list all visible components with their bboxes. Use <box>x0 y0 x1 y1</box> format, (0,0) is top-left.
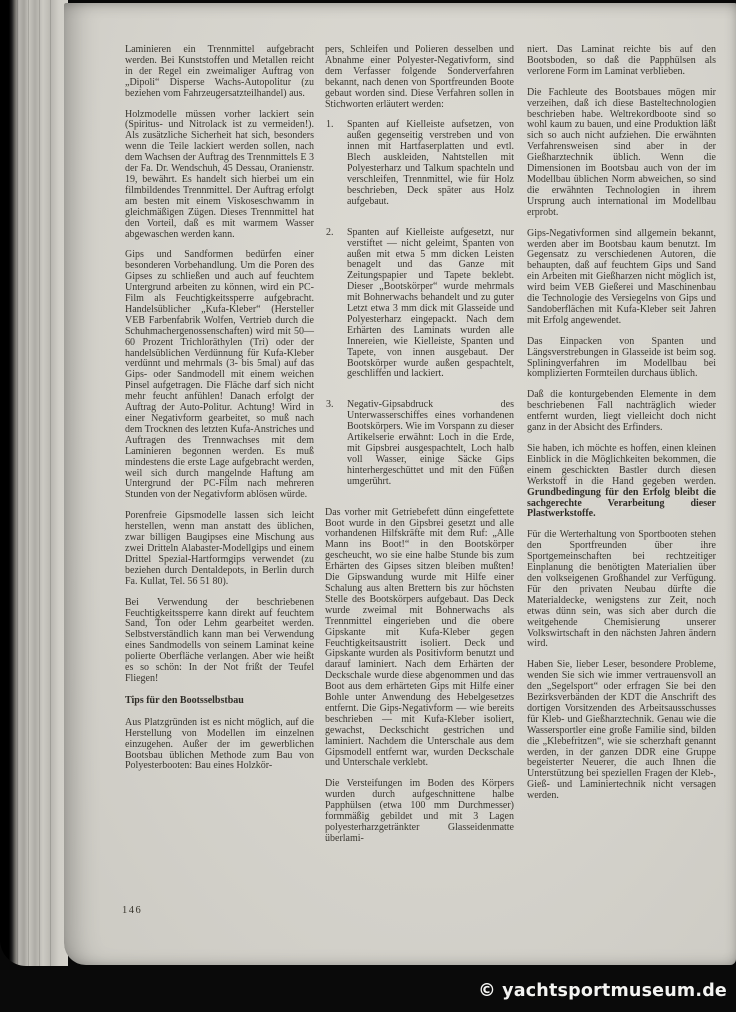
book-spine-page-edges <box>0 0 68 966</box>
paragraph: Aus Platzgründen ist es nicht möglich, a… <box>125 718 314 773</box>
scanned-book-page: Laminieren ein Trennmittel aufgebracht w… <box>0 0 736 1012</box>
list-item-text: Spanten auf Kielleiste aufsetzen, von au… <box>347 120 514 207</box>
paragraph: Bei Verwendung der beschriebenen Feuchti… <box>125 598 314 685</box>
list-number: 3. <box>325 400 347 497</box>
list-number: 1. <box>325 120 347 217</box>
text-column-middle: pers, Schleifen und Polieren desselben u… <box>325 45 514 855</box>
paragraph: Laminieren ein Trennmittel aufgebracht w… <box>125 45 314 100</box>
paragraph: Gips-Negativformen sind allgemein bekann… <box>527 229 716 327</box>
paragraph: Daß die konturgebenden Elemente in dem b… <box>527 390 716 434</box>
paragraph: Das vorher mit Getriebefett dünn eingefe… <box>325 508 514 770</box>
paragraph: Holzmodelle müssen vorher lackiert sein … <box>125 110 314 241</box>
paragraph: niert. Das Laminat reichte bis auf den B… <box>527 45 716 78</box>
paragraph: Gips und Sandformen bedürfen einer beson… <box>125 250 314 501</box>
watermark-bar: © yachtsportmuseum.de <box>0 970 736 1012</box>
text-column-right: niert. Das Laminat reichte bis auf den B… <box>527 45 716 812</box>
numbered-list-item: 3. Negativ-Gipsabdruck des Unterwassersc… <box>325 400 514 497</box>
paragraph: Die Versteifungen im Boden des Körpers w… <box>325 779 514 844</box>
numbered-list-item: 1. Spanten auf Kielleiste aufsetzen, von… <box>325 120 514 217</box>
numbered-list-item: 2. Spanten auf Kielleiste aufgesetzt, nu… <box>325 228 514 391</box>
paragraph: Die Fachleute des Bootsbaues mögen mir v… <box>527 88 716 219</box>
list-item-text: Spanten auf Kielleiste aufgesetzt, nur v… <box>347 228 514 381</box>
list-number: 2. <box>325 228 347 391</box>
page-number: 146 <box>122 905 142 916</box>
book-page: Laminieren ein Trennmittel aufgebracht w… <box>64 3 736 965</box>
paragraph: Das Einpacken von Spanten und Längsverst… <box>527 337 716 381</box>
bold-emphasis-text: Grundbedingung für den Erfolg bleibt die… <box>527 487 716 520</box>
paragraph-text: Sie haben, ich möchte es hoffen, einen k… <box>527 443 716 487</box>
paragraph: Porenfreie Gipsmodelle lassen sich leich… <box>125 511 314 587</box>
section-heading: Tips für den Bootsselbstbau <box>125 695 314 706</box>
paragraph: Haben Sie, lieber Leser, besondere Probl… <box>527 660 716 802</box>
paragraph: Für die Werterhaltung von Sportbooten st… <box>527 530 716 650</box>
watermark: © yachtsportmuseum.de <box>478 981 727 1001</box>
text-column-left: Laminieren ein Trennmittel aufgebracht w… <box>125 45 314 782</box>
list-item-text: Negativ-Gipsabdruck des Unterwasserschif… <box>347 400 514 487</box>
paragraph: pers, Schleifen und Polieren desselben u… <box>325 45 514 110</box>
paragraph-with-bold: Sie haben, ich möchte es hoffen, einen k… <box>527 444 716 520</box>
